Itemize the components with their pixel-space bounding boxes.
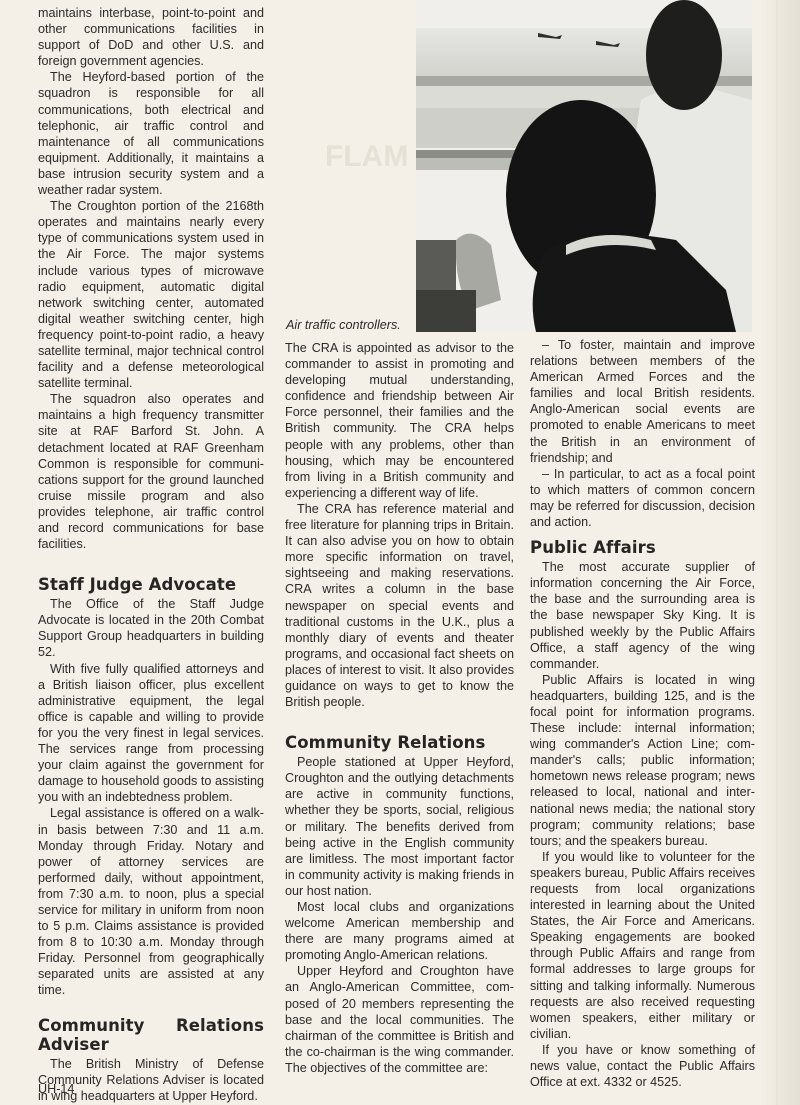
column-1: maintains interbase, point-to-point and … <box>38 5 264 1104</box>
column-2: The CRA is appointed as advisor to the c… <box>285 340 514 1076</box>
paragraph: Most local clubs and organizations welco… <box>285 899 514 963</box>
paragraph: The most accurate supplier of informatio… <box>530 559 755 672</box>
spacer <box>530 530 755 538</box>
paragraph: The Croughton portion of the 2168th oper… <box>38 198 264 391</box>
heading-staff-judge-advocate: Staff Judge Advocate <box>38 575 264 594</box>
paragraph: The CRA is appointed as advisor to the c… <box>285 340 514 501</box>
page-number: UH-14 <box>38 1082 74 1096</box>
heading-community-relations-adviser: Community Relations Adviser <box>38 1016 264 1054</box>
photo-icon <box>416 0 752 332</box>
bleed-through-text: FLAM <box>325 140 408 174</box>
objective-item: – To foster, maintain and improve relati… <box>530 337 755 466</box>
column-3: – To foster, maintain and improve relati… <box>530 337 755 1090</box>
paragraph: If you would like to volunteer for the s… <box>530 849 755 1042</box>
paragraph: If you have or know something of news va… <box>530 1042 755 1090</box>
heading-community-relations: Community Relations <box>285 733 514 752</box>
page-edge-line <box>776 0 778 1105</box>
spacer <box>285 710 514 733</box>
paragraph: The squadron also operates and maintains… <box>38 391 264 552</box>
paragraph: The CRA has reference material and free … <box>285 501 514 710</box>
photo-caption: Air traffic controllers. <box>286 318 401 332</box>
paragraph: People stationed at Upper Heyford, Croug… <box>285 754 514 899</box>
paragraph: The British Ministry of Defense Communit… <box>38 1056 264 1104</box>
paragraph: With five fully qualified attorneys and … <box>38 661 264 806</box>
objective-item: – In particular, to act as a focal point… <box>530 466 755 530</box>
spacer <box>38 999 264 1016</box>
spacer <box>38 552 264 575</box>
paragraph: Legal assistance is offered on a walk-in… <box>38 805 264 998</box>
paragraph: The Office of the Staff Judge Advocate i… <box>38 596 264 660</box>
paragraph: The Heyford-based portion of the squadro… <box>38 69 264 198</box>
page-binding-shadow <box>760 0 800 1105</box>
paragraph: maintains interbase, point-to-point and … <box>38 5 264 69</box>
heading-public-affairs: Public Affairs <box>530 538 755 557</box>
photo-air-traffic-controllers <box>416 0 752 332</box>
paragraph: Upper Heyford and Croughton have an Angl… <box>285 963 514 1076</box>
paragraph: Public Affairs is located in wing headqu… <box>530 672 755 849</box>
